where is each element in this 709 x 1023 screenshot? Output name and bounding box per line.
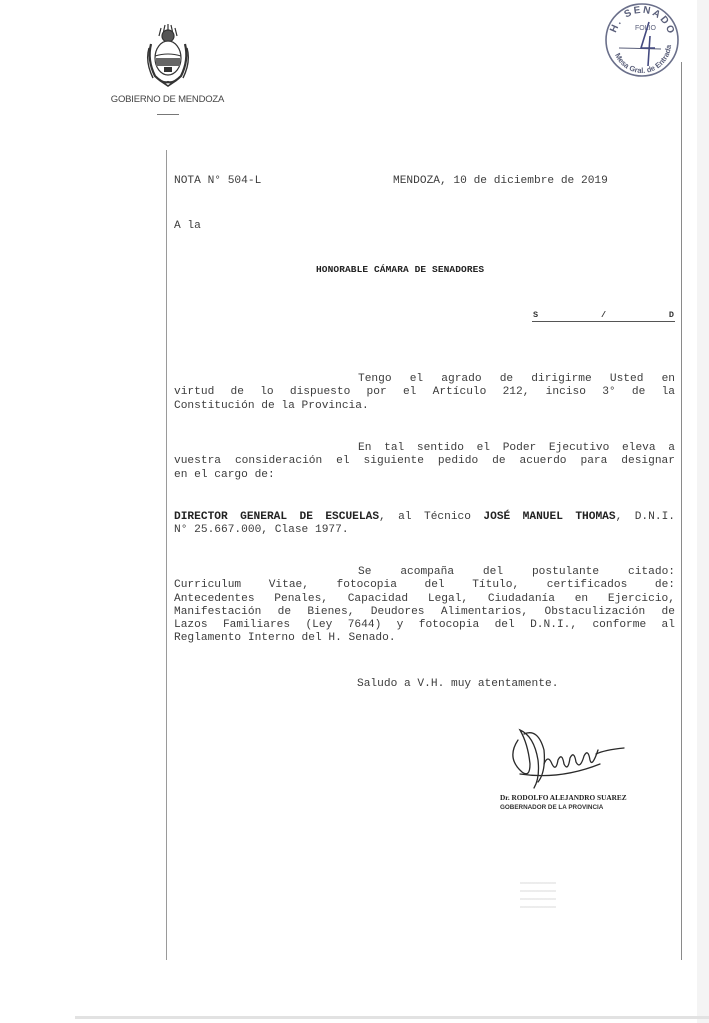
paragraph-appointment: DIRECTOR GENERAL DE ESCUELAS, al Técnico… (174, 511, 675, 538)
paragraph-line: Antecedentes Penales, Capacidad Legal, C… (174, 593, 675, 606)
closing-salutation: Saludo a V.H. muy atentamente. (357, 678, 558, 691)
page-edge-strip (697, 0, 709, 1023)
paragraph-line: Curriculum Vitae, fotocopia del Título, … (174, 579, 675, 592)
page-bottom-shadow (75, 1016, 709, 1019)
signer-role: GOBERNADOR DE LA PROVINCIA (500, 804, 603, 811)
right-margin-line (681, 62, 682, 960)
government-name: GOBIERNO DE MENDOZA (100, 94, 235, 105)
recipient: HONORABLE CÁMARA DE SENADORES (316, 263, 484, 276)
sd-d: D (669, 310, 674, 320)
appointee-name: JOSÉ MANUEL THOMAS (483, 511, 615, 523)
sd-s: S (533, 310, 538, 320)
letterhead-rule (157, 114, 179, 115)
coat-of-arms-icon (145, 22, 191, 88)
paragraph-line: vuestra consideración el siguiente pedid… (174, 455, 675, 468)
appointment-line: DIRECTOR GENERAL DE ESCUELAS, al Técnico… (174, 511, 675, 524)
paragraph-line: virtud de lo dispuesto por el Artículo 2… (174, 386, 675, 399)
paragraph-line: Lazos Familiares (Ley 7644) y fotocopia … (174, 619, 675, 632)
appointment-mid: , al Técnico (379, 511, 483, 523)
senate-folio-stamp: H. SENADO FOLIO Mesa Gral. de Entradas (601, 0, 683, 80)
place-date: MENDOZA, 10 de diciembre de 2019 (393, 175, 608, 188)
letterhead: GOBIERNO DE MENDOZA (100, 22, 235, 115)
signer-name: Dr. RODOLFO ALEJANDRO SUAREZ (500, 793, 625, 802)
paragraph-line: Tengo el agrado de dirigirme Usted en (174, 373, 675, 386)
appointment-line-2: N° 25.667.000, Clase 1977. (174, 524, 675, 537)
faint-stamp-mark (520, 880, 556, 908)
note-number: NOTA N° 504-L (174, 175, 261, 188)
paragraph-line: Constitución de la Provincia. (174, 400, 675, 413)
paragraph-line: Manifestación de Bienes, Deudores Alimen… (174, 606, 675, 619)
paragraph-1: Tengo el agrado de dirigirme Usted en vi… (174, 373, 675, 413)
sd-slash: / (601, 310, 606, 320)
position-title: DIRECTOR GENERAL DE ESCUELAS (174, 511, 379, 523)
paragraph-line: En tal sentido el Poder Ejecutivo eleva … (174, 442, 675, 455)
appointment-tail: , D.N.I. (616, 511, 675, 523)
left-margin-line (166, 150, 167, 960)
addressee-prefix: A la (174, 220, 201, 233)
handwritten-signature-icon (500, 720, 640, 792)
paragraph-line: Se acompaña del postulante citado: (174, 566, 675, 579)
sd-line: S / D (532, 310, 675, 322)
paragraph-line: en el cargo de: (174, 469, 675, 482)
paragraph-4: Se acompaña del postulante citado: Curri… (174, 566, 675, 646)
paragraph-2: En tal sentido el Poder Ejecutivo eleva … (174, 442, 675, 482)
paragraph-line: Reglamento Interno del H. Senado. (174, 632, 675, 645)
